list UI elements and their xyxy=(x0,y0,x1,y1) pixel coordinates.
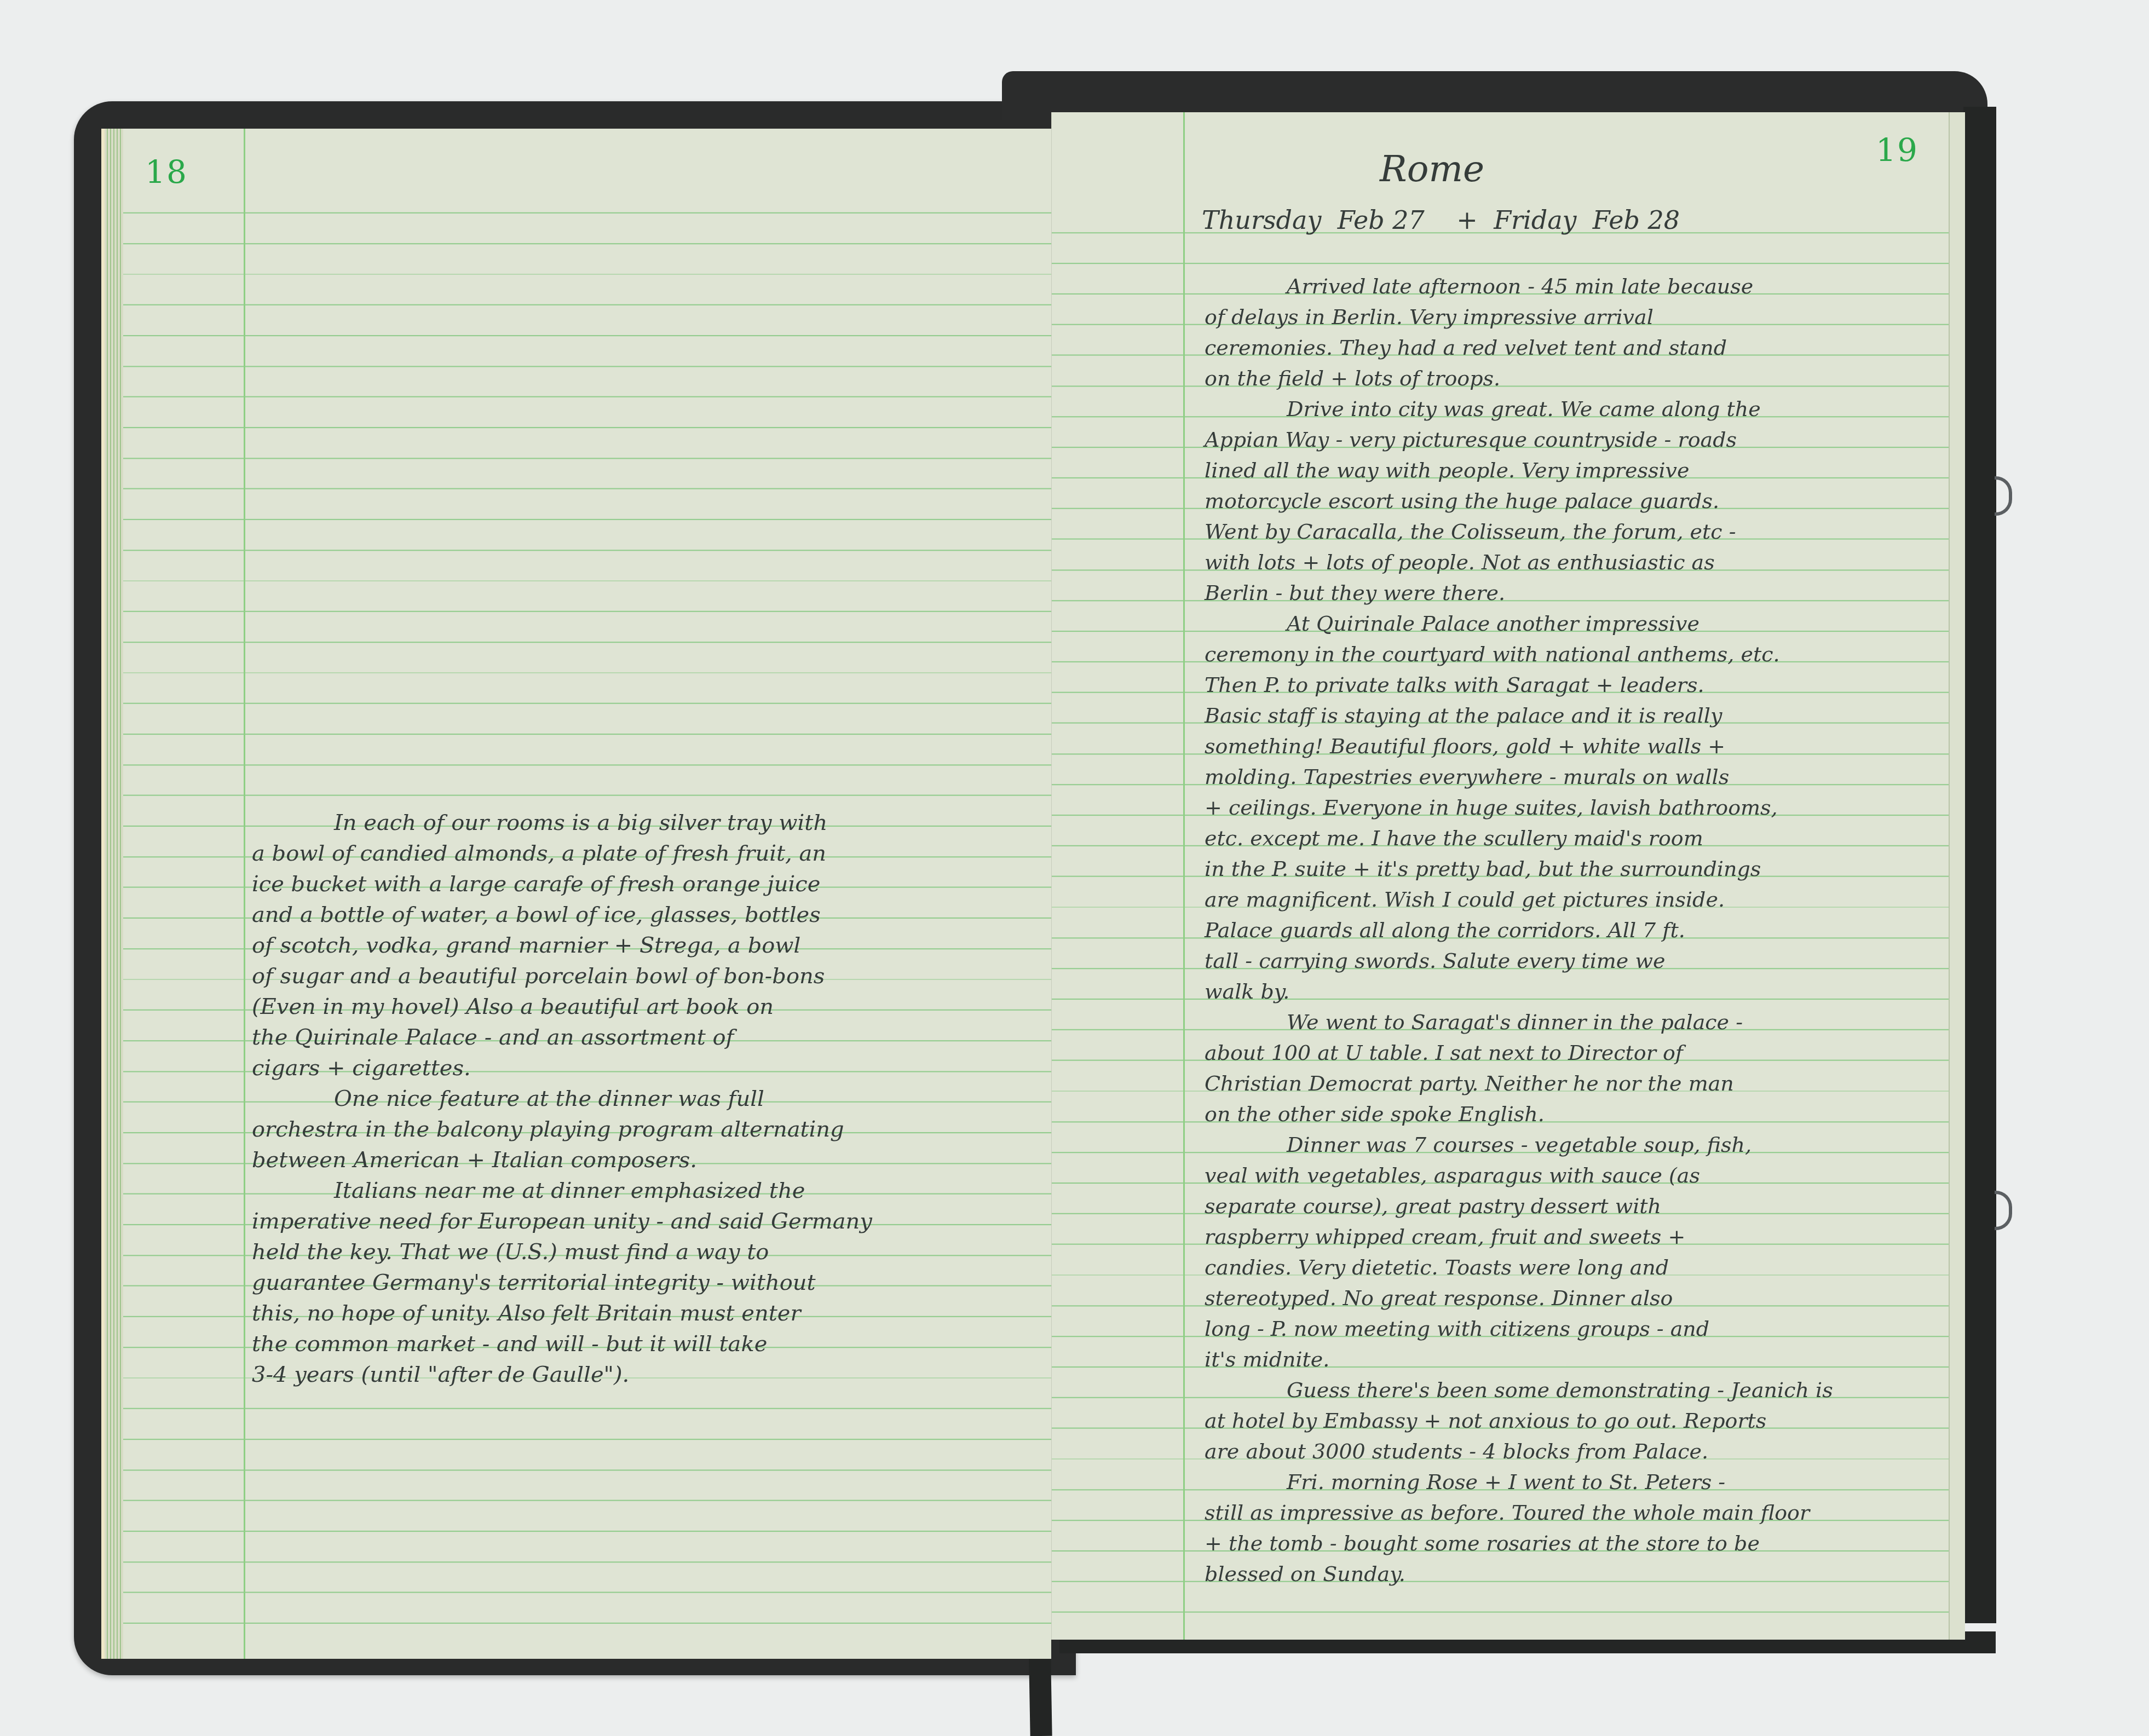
text-line: about 100 at U table. I sat next to Dire… xyxy=(1205,1037,1833,1068)
text-line: candies. Very dietetic. Toasts were long… xyxy=(1205,1252,1833,1283)
left-page: 18 In each of our rooms is a big silver … xyxy=(123,129,1051,1659)
entry-title: Rome xyxy=(1380,148,1484,190)
text-line: etc. except me. I have the scullery maid… xyxy=(1205,823,1833,853)
text-line: molding. Tapestries everywhere - murals … xyxy=(1205,762,1833,792)
text-line: Berlin - but they were there. xyxy=(1205,578,1833,608)
text-line: lined all the way with people. Very impr… xyxy=(1205,455,1833,486)
text-line: guarantee Germany's territorial integrit… xyxy=(252,1267,872,1298)
text-line: Palace guards all along the corridors. A… xyxy=(1205,915,1833,945)
journal-entry-left: In each of our rooms is a big silver tra… xyxy=(252,808,872,1390)
text-line: cigars + cigarettes. xyxy=(252,1053,872,1083)
text-line: 3-4 years (until "after de Gaulle"). xyxy=(252,1359,872,1390)
text-line: imperative need for European unity - and… xyxy=(252,1206,872,1237)
entry-date-heading: Thursday Feb 27 + Friday Feb 28 xyxy=(1202,205,1680,235)
text-line: still as impressive as before. Toured th… xyxy=(1205,1497,1833,1528)
text-line: Appian Way - very picturesque countrysid… xyxy=(1205,424,1833,455)
text-line: ceremonies. They had a red velvet tent a… xyxy=(1205,332,1833,363)
text-line: long - P. now meeting with citizens grou… xyxy=(1205,1313,1833,1344)
text-line: this, no hope of unity. Also felt Britai… xyxy=(252,1298,872,1329)
text-line: Fri. morning Rose + I went to St. Peters… xyxy=(1205,1467,1833,1497)
text-line: of delays in Berlin. Very impressive arr… xyxy=(1205,302,1833,332)
text-line: separate course), great pastry dessert w… xyxy=(1205,1191,1833,1221)
page-number: 19 xyxy=(1876,131,1918,169)
text-line: ice bucket with a large carafe of fresh … xyxy=(252,869,872,899)
text-line: held the key. That we (U.S.) must find a… xyxy=(252,1237,872,1267)
text-line: blessed on Sunday. xyxy=(1205,1559,1833,1589)
text-line: Dinner was 7 courses - vegetable soup, f… xyxy=(1205,1129,1833,1160)
text-line: veal with vegetables, asparagus with sau… xyxy=(1205,1160,1833,1191)
text-line: ceremony in the courtyard with national … xyxy=(1205,639,1833,670)
text-line: We went to Saragat's dinner in the palac… xyxy=(1205,1007,1833,1037)
text-line: (Even in my hovel) Also a beautiful art … xyxy=(252,991,872,1022)
text-line: the common market - and will - but it wi… xyxy=(252,1329,872,1359)
text-line: on the field + lots of troops. xyxy=(1205,363,1833,394)
text-line: tall - carrying swords. Salute every tim… xyxy=(1205,945,1833,976)
journal-entry-right: Arrived late afternoon - 45 min late bec… xyxy=(1205,271,1833,1589)
text-line: raspberry whipped cream, fruit and sweet… xyxy=(1205,1221,1833,1252)
text-line: In each of our rooms is a big silver tra… xyxy=(252,808,872,838)
text-line: on the other side spoke English. xyxy=(1205,1099,1833,1129)
text-line: motorcycle escort using the huge palace … xyxy=(1205,486,1833,516)
text-line: Then P. to private talks with Saragat + … xyxy=(1205,670,1833,700)
text-line: between American + Italian composers. xyxy=(252,1145,872,1175)
text-line: it's midnite. xyxy=(1205,1344,1833,1375)
text-line: Italians near me at dinner emphasized th… xyxy=(252,1175,872,1206)
margin-rule xyxy=(244,129,245,1659)
text-line: of scotch, vodka, grand marnier + Strega… xyxy=(252,930,872,961)
text-line: orchestra in the balcony playing program… xyxy=(252,1114,872,1145)
page-fold-edge xyxy=(1949,112,1965,1640)
text-line: One nice feature at the dinner was full xyxy=(252,1083,872,1114)
text-line: and a bottle of water, a bowl of ice, gl… xyxy=(252,899,872,930)
text-line: stereotyped. No great response. Dinner a… xyxy=(1205,1283,1833,1313)
text-line: of sugar and a beautiful porcelain bowl … xyxy=(252,961,872,991)
text-line: Christian Democrat party. Neither he nor… xyxy=(1205,1068,1833,1099)
text-line: something! Beautiful floors, gold + whit… xyxy=(1205,731,1833,762)
text-line: + ceilings. Everyone in huge suites, lav… xyxy=(1205,792,1833,823)
text-line: At Quirinale Palace another impressive xyxy=(1205,608,1833,639)
text-line: Guess there's been some demonstrating - … xyxy=(1205,1375,1833,1405)
page-header-area xyxy=(123,129,1051,211)
paper-clip-icon xyxy=(1995,1191,2012,1230)
text-line: Drive into city was great. We came along… xyxy=(1205,394,1833,424)
notebook-cover-right-edge xyxy=(1963,107,1996,1623)
text-line: are magnificent. Wish I could get pictur… xyxy=(1205,884,1833,915)
page-number: 18 xyxy=(145,153,188,191)
text-line: the Quirinale Palace - and an assortment… xyxy=(252,1022,872,1053)
paper-clip-icon xyxy=(1995,476,2012,516)
margin-rule xyxy=(1183,112,1185,1640)
text-line: with lots + lots of people. Not as enthu… xyxy=(1205,547,1833,578)
text-line: at hotel by Embassy + not anxious to go … xyxy=(1205,1405,1833,1436)
text-line: + the tomb - bought some rosaries at the… xyxy=(1205,1528,1833,1559)
text-line: in the P. suite + it's pretty bad, but t… xyxy=(1205,853,1833,884)
text-line: Basic staff is staying at the palace and… xyxy=(1205,700,1833,731)
page-header-area xyxy=(1052,112,1965,211)
text-line: a bowl of candied almonds, a plate of fr… xyxy=(252,838,872,869)
text-line: Went by Caracalla, the Colisseum, the fo… xyxy=(1205,516,1833,547)
text-line: are about 3000 students - 4 blocks from … xyxy=(1205,1436,1833,1467)
text-line: Arrived late afternoon - 45 min late bec… xyxy=(1205,271,1833,302)
text-line: walk by. xyxy=(1205,976,1833,1007)
